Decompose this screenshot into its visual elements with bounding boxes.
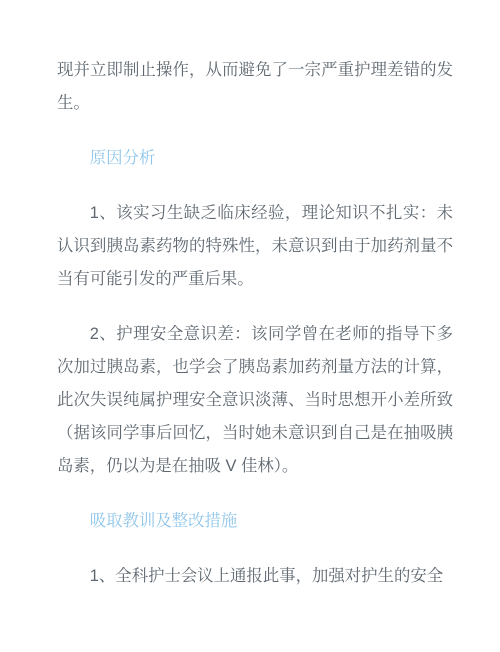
paragraph: 2、护理安全意识差：该同学曾在老师的指导下多次加过胰岛素，也学会了胰岛素加药剂量… [57,318,453,483]
paragraph: 1、全科护士会议上通报此事，加强对护生的安全 [57,560,453,593]
section-heading: 吸取教训及整改措施 [57,505,453,538]
paragraph: 现并立即制止操作，从而避免了一宗严重护理差错的发生。 [57,54,453,120]
document-body: 现并立即制止操作，从而避免了一宗严重护理差错的发生。原因分析1、该实习生缺乏临床… [57,54,453,593]
document-page: 现并立即制止操作，从而避免了一宗严重护理差错的发生。原因分析1、该实习生缺乏临床… [0,0,500,652]
paragraph: 1、该实习生缺乏临床经验，理论知识不扎实：未认识到胰岛素药物的特殊性，未意识到由… [57,197,453,296]
section-heading: 原因分析 [57,142,453,175]
